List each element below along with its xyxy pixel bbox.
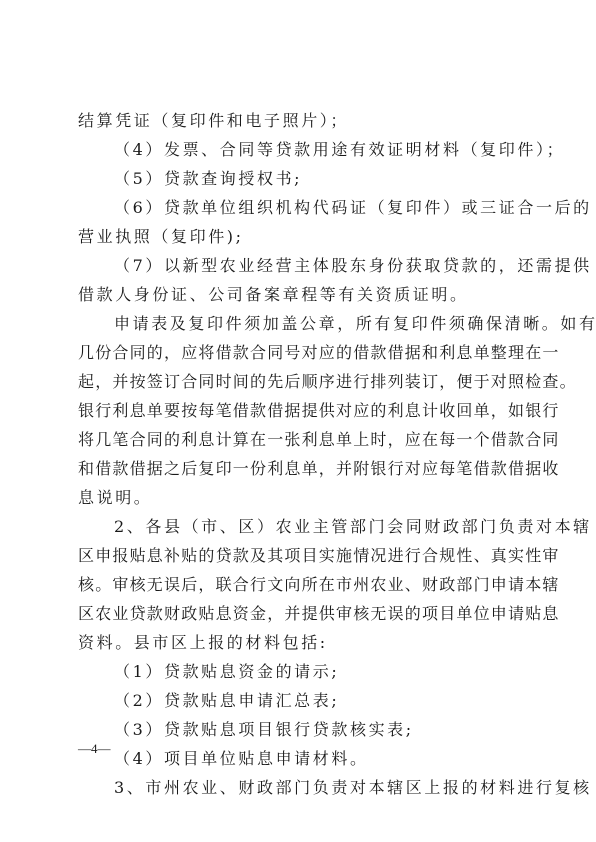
list-item-7: （7）以新型农业经营主体股东身份获取贷款的，还需提供: [78, 251, 521, 280]
document-page: 结算凭证（复印件和电子照片）； （4）发票、合同等贷款用途有效证明材料（复印件）…: [78, 106, 521, 802]
text-line: 区申报贴息补贴的贷款及其项目实施情况进行合规性、真实性审: [78, 541, 521, 570]
list-item-4b: （4）项目单位贴息申请材料。: [78, 744, 521, 773]
text-line: 区农业贷款财政贴息资金，并提供审核无误的项目单位申请贴息: [78, 599, 521, 628]
text-line: 资料。县市区上报的材料包括:: [78, 628, 521, 657]
section-2-start: 2、各县（市、区）农业主管部门会同财政部门负责对本辖: [78, 512, 521, 541]
list-item-6: （6）贷款单位组织机构代码证（复印件）或三证合一后的: [78, 193, 521, 222]
list-item-3: （3）贷款贴息项目银行贷款核实表;: [78, 715, 521, 744]
page-number: —4—: [78, 741, 111, 757]
text-line: 将几笔合同的利息计算在一张利息单上时，应在每一个借款合同: [78, 425, 521, 454]
list-item-2: （2）贷款贴息申请汇总表;: [78, 686, 521, 715]
text-line: 银行利息单要按每笔借款借据提供对应的利息计收回单，如银行: [78, 396, 521, 425]
text-line: 营业执照（复印件);: [78, 222, 521, 251]
paragraph-start: 申请表及复印件须加盖公章，所有复印件须确保清晰。如有: [78, 309, 521, 338]
text-line: 借款人身份证、公司备案章程等有关资质证明。: [78, 280, 521, 309]
list-item-5: （5）贷款查询授权书;: [78, 164, 521, 193]
list-item-4: （4）发票、合同等贷款用途有效证明材料（复印件）；: [78, 135, 521, 164]
text-line: 结算凭证（复印件和电子照片）；: [78, 106, 521, 135]
text-line: 和借款借据之后复印一份利息单，并附银行对应每笔借款借据收: [78, 454, 521, 483]
text-line: 核。审核无误后，联合行文向所在市州农业、财政部门申请本辖: [78, 570, 521, 599]
text-line: 息说明。: [78, 483, 521, 512]
text-line: 几份合同的，应将借款合同号对应的借款借据和利息单整理在一: [78, 338, 521, 367]
list-item-1: （1）贷款贴息资金的请示;: [78, 657, 521, 686]
section-3-start: 3、市州农业、财政部门负责对本辖区上报的材料进行复核: [78, 773, 521, 802]
text-line: 起，并按签订合同时间的先后顺序进行排列装订，便于对照检查。: [78, 367, 521, 396]
